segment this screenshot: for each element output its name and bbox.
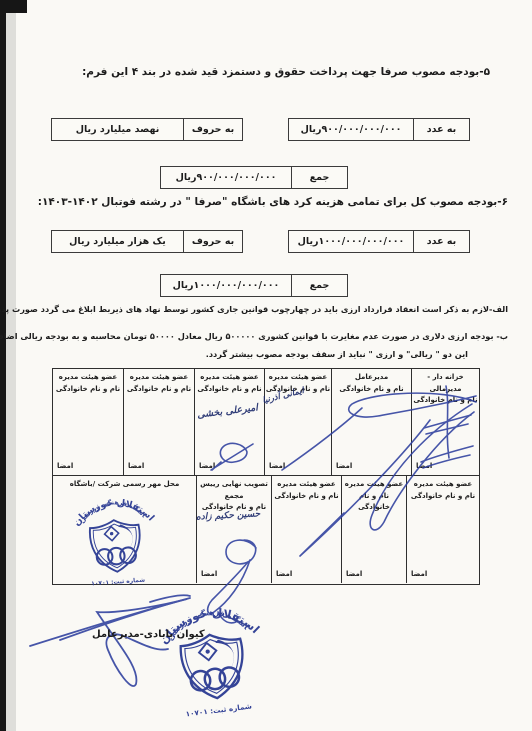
cell-board-member: عضو هیئت مدیره نام و نام خانوادگی امضا: [341, 476, 406, 583]
note-be-line1: ب- بودجه ارزی دلاری در صورت عدم مغایرت ب…: [0, 331, 508, 341]
signer-name-label: کیوان بابادی-مدیرعامل: [92, 629, 205, 640]
cell-title: عضو هیئت مدیره: [407, 479, 479, 491]
signature-label: امضا: [201, 569, 217, 581]
cell-title2: مجمع: [197, 491, 271, 503]
cell-name-label: نام و نام خانوادگی: [342, 491, 406, 514]
s6-words-group: به حروف یک هزار میلیارد ریال: [51, 230, 243, 253]
signature-label: امضا: [416, 461, 432, 473]
s6-total-label: جمع: [291, 274, 348, 297]
scan-corner-mark: [0, 0, 27, 13]
cell-name-label: نام و نام خانوادگی: [272, 491, 341, 503]
club-stamp-icon: باشگاه فرهنگی ورزشی استقلال خوزستان شمار…: [147, 583, 278, 726]
cell-board-member: عضو هیئت مدیره نام و نام خانوادگی امضا: [194, 369, 264, 475]
signature-label: امضا: [336, 461, 352, 473]
signature-label: امضا: [346, 569, 362, 581]
s6-total-group: جمع ۱۰۰۰/۰۰۰/۰۰۰/۰۰۰ریال: [160, 274, 348, 297]
scanned-budget-form: ۵-بودجه مصوب صرفا جهت پرداخت حقوق و دستم…: [0, 0, 532, 731]
cell-title: عضو هیئت مدیره: [272, 479, 341, 491]
salary-budget-heading: ۵-بودجه مصوب صرفا جهت پرداخت حقوق و دستم…: [82, 66, 490, 78]
cell-board-member: عضو هیئت مدیره نام و نام خانوادگی امضا: [406, 476, 479, 583]
s5-numeric-label: به عدد: [413, 118, 470, 141]
s5-total-value: ۹۰۰/۰۰۰/۰۰۰/۰۰۰ریال: [160, 166, 292, 189]
signature-label: امضا: [199, 461, 215, 473]
s6-numeric-label: به عدد: [413, 230, 470, 253]
s6-numeric-group: به عدد ۱۰۰۰/۰۰۰/۰۰۰/۰۰۰ریال: [288, 230, 470, 253]
svg-text:شماره ثبت: ۱۰۷۰۱: شماره ثبت: ۱۰۷۰۱: [185, 701, 252, 718]
cell-title: مدیرعامل: [332, 372, 411, 384]
s5-numeric-group: به عدد ۹۰۰/۰۰۰/۰۰۰/۰۰۰ریال: [288, 118, 470, 141]
s6-numeric-value: ۱۰۰۰/۰۰۰/۰۰۰/۰۰۰ریال: [288, 230, 414, 253]
s5-total-group: جمع ۹۰۰/۰۰۰/۰۰۰/۰۰۰ریال: [160, 166, 348, 189]
s5-numeric-value: ۹۰۰/۰۰۰/۰۰۰/۰۰۰ریال: [288, 118, 414, 141]
s6-total-value: ۱۰۰۰/۰۰۰/۰۰۰/۰۰۰ریال: [160, 274, 292, 297]
cell-name-label: نام و نام خانوادگی: [407, 491, 479, 503]
cell-name-label: نام و نام خانوادگی: [195, 384, 264, 396]
cell-title: عضو هیئت مدیره: [53, 372, 123, 384]
signature-label: امضا: [276, 569, 292, 581]
cell-board-member: عضو هیئت مدیره نام و نام خانوادگی امضا: [264, 369, 331, 475]
note-alef: الف-لازم به ذکر است انعقاد قرارداد ارزی …: [0, 304, 508, 314]
signature-label: امضا: [128, 461, 144, 473]
cell-assembly-approval: تصویب نهایی رییس مجمع نام و نام خانوادگی…: [196, 476, 271, 583]
cell-title: عضو هیئت مدیره: [265, 372, 331, 384]
cell-name-label: نام و نام خانوادگی: [332, 384, 411, 396]
cell-name-label: نام و نام خانوادگی: [53, 384, 123, 396]
cell-title: عضو هیئت مدیره: [124, 372, 194, 384]
club-stamp-icon: باشگاه فرهنگی ورزشی استقلال خوزستان شمار…: [64, 481, 165, 593]
scan-edge-shadow: [6, 0, 16, 731]
cell-board-member: عضو هیئت مدیره نام و نام خانوادگی امضا: [53, 369, 123, 475]
cell-title: تصویب نهایی رییس: [197, 479, 271, 491]
s5-words-value: نهصد میلیارد ریال: [51, 118, 184, 141]
cell-board-member: عضو هیئت مدیره نام و نام خانوادگی امضا: [123, 369, 194, 475]
s5-total-label: جمع: [291, 166, 348, 189]
s5-words-label: به حروف: [183, 118, 243, 141]
signature-label: امضا: [57, 461, 73, 473]
cell-name-label: نام و نام خانوادگی: [412, 395, 479, 407]
cell-title: خزانه دار - مدیرمالی: [412, 372, 479, 395]
cell-name-label: نام و نام خانوادگی: [124, 384, 194, 396]
s6-words-label: به حروف: [183, 230, 243, 253]
s5-words-group: به حروف نهصد میلیارد ریال: [51, 118, 243, 141]
cell-board-member: عضو هیئت مدیره نام و نام خانوادگی امضا: [271, 476, 341, 583]
s6-words-value: یک هزار میلیارد ریال: [51, 230, 184, 253]
cell-managing-director: مدیرعامل نام و نام خانوادگی امضا: [331, 369, 411, 475]
table-row: خزانه دار - مدیرمالی نام و نام خانوادگی …: [53, 369, 479, 476]
svg-text:استقلال خوزستان: استقلال خوزستان: [70, 495, 157, 529]
cell-treasurer: خزانه دار - مدیرمالی نام و نام خانوادگی …: [411, 369, 479, 475]
total-budget-heading: ۶-بودجه مصوب کل برای تمامی هزینه کرد های…: [38, 196, 508, 208]
signature-label: امضا: [269, 461, 285, 473]
signature-label: امضا: [411, 569, 427, 581]
svg-text:شماره ثبت: ۱۰۷۰۱: شماره ثبت: ۱۰۷۰۱: [91, 578, 145, 588]
cell-title: عضو هیئت مدیره: [195, 372, 264, 384]
cell-title: عضو هیئت مدیره: [342, 479, 406, 491]
note-be-line2: این دو " ریالی" و ارزی " نباید از سقف بو…: [206, 349, 468, 359]
